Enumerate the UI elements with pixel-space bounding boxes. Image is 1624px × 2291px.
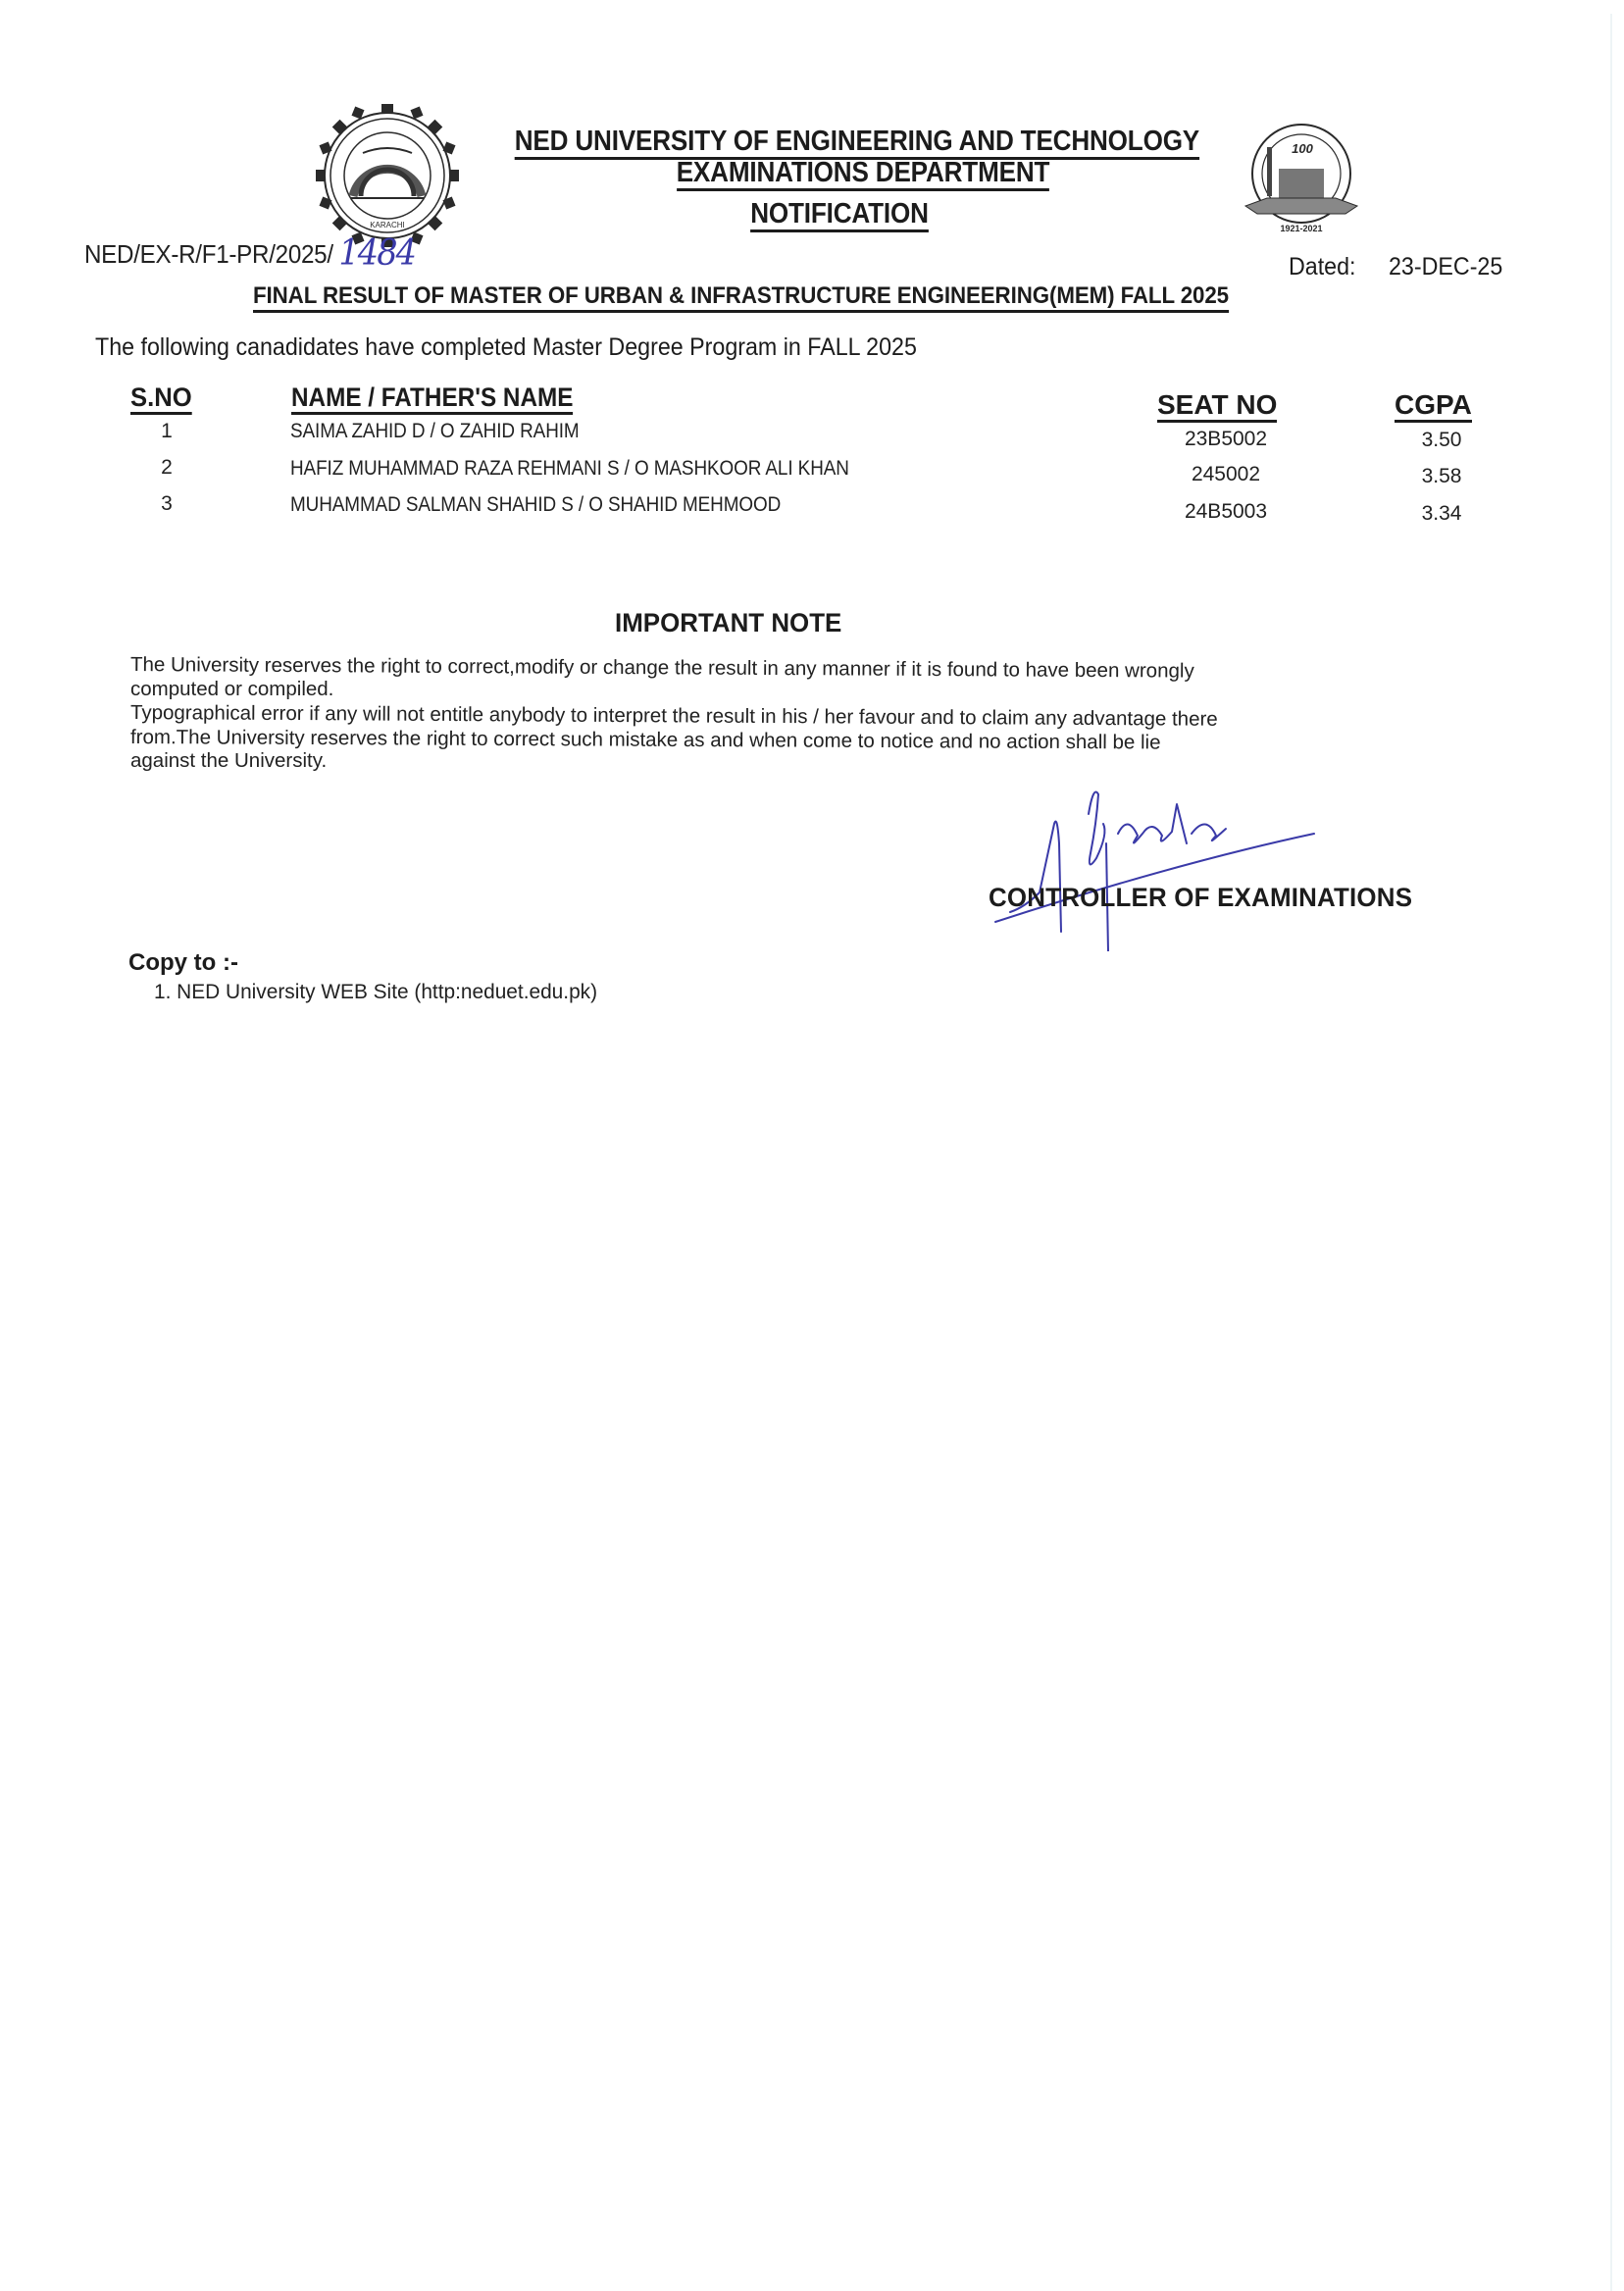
- row-cgpa: 3.58: [1393, 465, 1491, 488]
- row-name: SAIMA ZAHID D / O ZAHID RAHIM: [290, 420, 580, 443]
- reference-number-printed: NED/EX-R/F1-PR/2025/: [84, 239, 333, 269]
- row-cgpa: 3.50: [1393, 429, 1491, 452]
- notification-title: NOTIFICATION: [109, 198, 1570, 232]
- signatory-title: CONTROLLER OF EXAMINATIONS: [989, 883, 1412, 913]
- intro-text: The following canadidates have completed…: [95, 333, 917, 362]
- reference-number-handwritten: 1484: [338, 233, 415, 274]
- result-title: FINAL RESULT OF MASTER OF URBAN & INFRAS…: [253, 282, 1229, 310]
- scan-edge-line: [1610, 14, 1612, 2291]
- row-seat-no: 245002: [1152, 463, 1299, 486]
- university-name: NED UNIVERSITY OF ENGINEERING AND TECHNO…: [125, 126, 1588, 160]
- row-sno: 1: [147, 420, 186, 443]
- dated-value: 23-DEC-25: [1389, 253, 1502, 281]
- column-header-name: NAME / FATHER'S NAME: [291, 382, 573, 413]
- important-note-title: IMPORTANT NOTE: [615, 608, 841, 638]
- row-cgpa: 3.34: [1393, 502, 1491, 526]
- reference-number: NED/EX-R/F1-PR/2025/1484: [84, 231, 415, 272]
- column-header-cgpa: CGPA: [1395, 389, 1472, 421]
- handwritten-signature-icon: [981, 765, 1334, 951]
- row-seat-no: 24B5003: [1152, 500, 1299, 524]
- row-sno: 3: [147, 492, 186, 516]
- department-name: EXAMINATIONS DEPARTMENT: [132, 157, 1594, 191]
- important-note-body: The University reserves the right to cor…: [130, 653, 1366, 774]
- column-header-seat-no: SEAT NO: [1157, 389, 1277, 421]
- row-seat-no: 23B5002: [1152, 428, 1299, 451]
- copy-to-item: 1. NED University WEB Site (http:neduet.…: [154, 980, 597, 1004]
- row-name: MUHAMMAD SALMAN SHAHID S / O SHAHID MEHM…: [290, 493, 781, 517]
- row-name: HAFIZ MUHAMMAD RAZA REHMANI S / O MASHKO…: [290, 457, 849, 481]
- copy-to-label: Copy to :-: [128, 949, 238, 977]
- column-header-sno: S.NO: [130, 382, 192, 413]
- row-sno: 2: [147, 456, 186, 480]
- dated-label: Dated:: [1289, 253, 1356, 281]
